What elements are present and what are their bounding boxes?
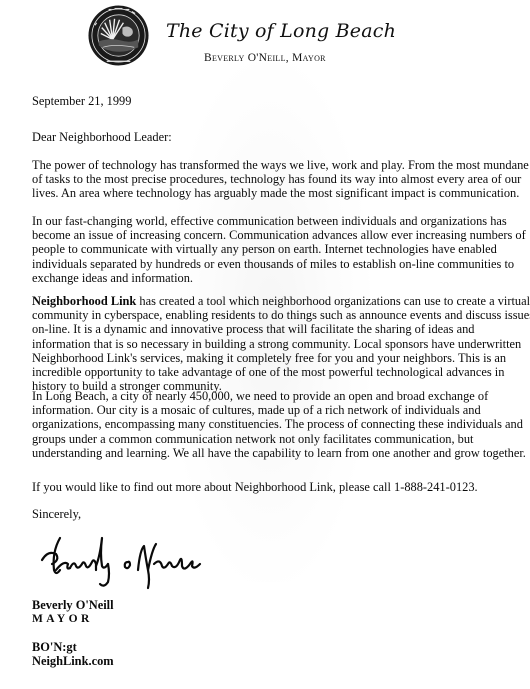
paragraph-line: people to communicate with virtually any… [32,242,502,256]
reference-initials: BO'N:gt [32,640,502,654]
paragraph-line: organizations, encompassing many constit… [32,417,502,431]
paragraph-line: The power of technology has transformed … [32,158,502,172]
paragraph-line: In Long Beach, a city of nearly 450,000,… [32,389,502,403]
handwritten-signature-icon [30,530,210,590]
salutation: Dear Neighborhood Leader: [32,130,502,144]
paragraph-line: Neighborhood Link has created a tool whi… [32,294,502,308]
paragraph-line: understanding and learning. We all have … [32,446,502,460]
letter-date: September 21, 1999 [32,94,502,108]
city-name: The City of Long Beach [166,20,396,42]
paragraph-2: In our fast-changing world, effective co… [32,214,502,285]
paragraph-line: community in cyberspace, enabling reside… [32,308,502,322]
paragraph-line: incredible opportunity to take advantage… [32,365,502,379]
paragraph-contact: If you would like to find out more about… [32,480,502,494]
paragraph-1: The power of technology has transformed … [32,158,502,201]
signer-title: MAYOR [32,612,502,626]
paragraph-line: Neighborhood Link's services, making it … [32,351,502,365]
paragraph-line: information. Our city is a mosaic of cul… [32,403,502,417]
paragraph-line: of tasks to the most precise procedures,… [32,172,502,186]
mayor-line: Beverly O'Neill, Mayor [204,52,326,64]
paragraph-line-rest: has created a tool which neighborhood or… [136,294,530,308]
paragraph-line: exchange ideas and information. [32,271,502,285]
paragraph-line: If you would like to find out more about… [32,480,502,494]
paragraph-line: individuals separated by hundreds or eve… [32,257,502,271]
paragraph-3: Neighborhood Link has created a tool whi… [32,294,502,393]
paragraph-line: In our fast-changing world, effective co… [32,214,502,228]
paragraph-line: become an issue of increasing concern. C… [32,228,502,242]
reference-site: NeighLink.com [32,654,502,668]
paragraph-line: on-line. It is a dynamic and innovative … [32,322,502,336]
city-seal-icon [87,4,150,67]
signer-name: Beverly O'Neill [32,598,502,612]
paragraph-line: lives. An area where technology has argu… [32,186,502,200]
paragraph-line: groups under a common communication netw… [32,432,502,446]
paragraph-4: In Long Beach, a city of nearly 450,000,… [32,389,502,460]
neighborhood-link-name: Neighborhood Link [32,294,136,308]
paragraph-line: information that is so necessary in buil… [32,337,502,351]
closing: Sincerely, [32,507,502,521]
letter-page: The City of Long Beach Beverly O'Neill, … [0,0,530,689]
